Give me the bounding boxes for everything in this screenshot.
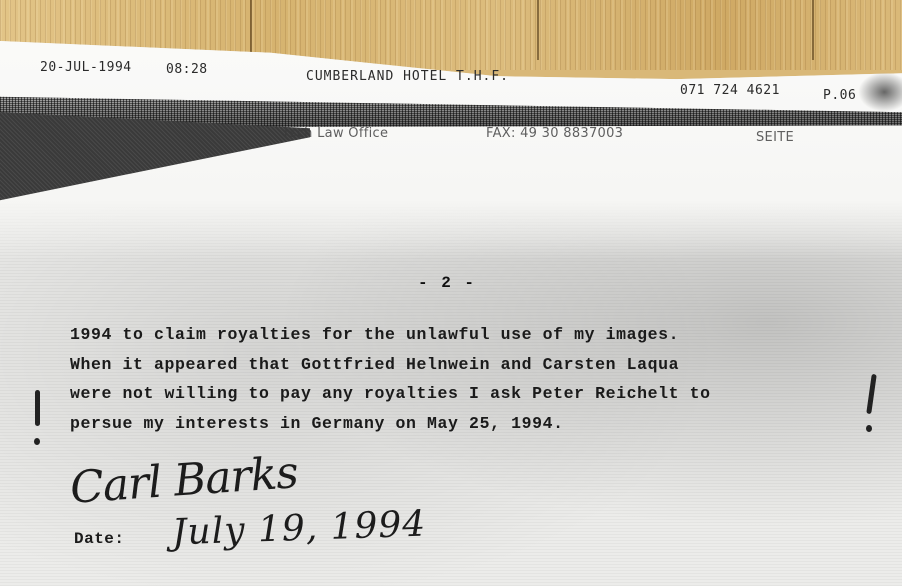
secondary-fax-number: FAX: 49 30 8837003 — [486, 126, 623, 141]
wood-seam — [812, 0, 814, 60]
body-line: When it appeared that Gottfried Helnwein… — [70, 350, 830, 380]
wood-seam — [537, 0, 539, 60]
fax-header-page: P.06 — [823, 88, 856, 103]
fax-header-date: 20-JUL-1994 — [40, 60, 132, 75]
fax-header-phone: 071 724 4621 — [680, 83, 780, 98]
fax-smudge — [858, 72, 902, 112]
date-label: Date: — [74, 530, 125, 548]
letter-body: 1994 to claim royalties for the unlawful… — [70, 320, 830, 438]
secondary-sender: rsch Law Office — [284, 126, 388, 141]
fax-header-time: 08:28 — [166, 62, 208, 77]
secondary-page-label: SEITE — [756, 130, 794, 145]
body-line: persue my interests in Germany on May 25… — [70, 409, 830, 439]
page-number: - 2 - — [418, 274, 476, 292]
wood-seam — [250, 0, 252, 60]
body-line: 1994 to claim royalties for the unlawful… — [70, 320, 830, 350]
body-line: were not willing to pay any royalties I … — [70, 379, 830, 409]
fax-header-sender: CUMBERLAND HOTEL T.H.F. — [306, 69, 509, 84]
